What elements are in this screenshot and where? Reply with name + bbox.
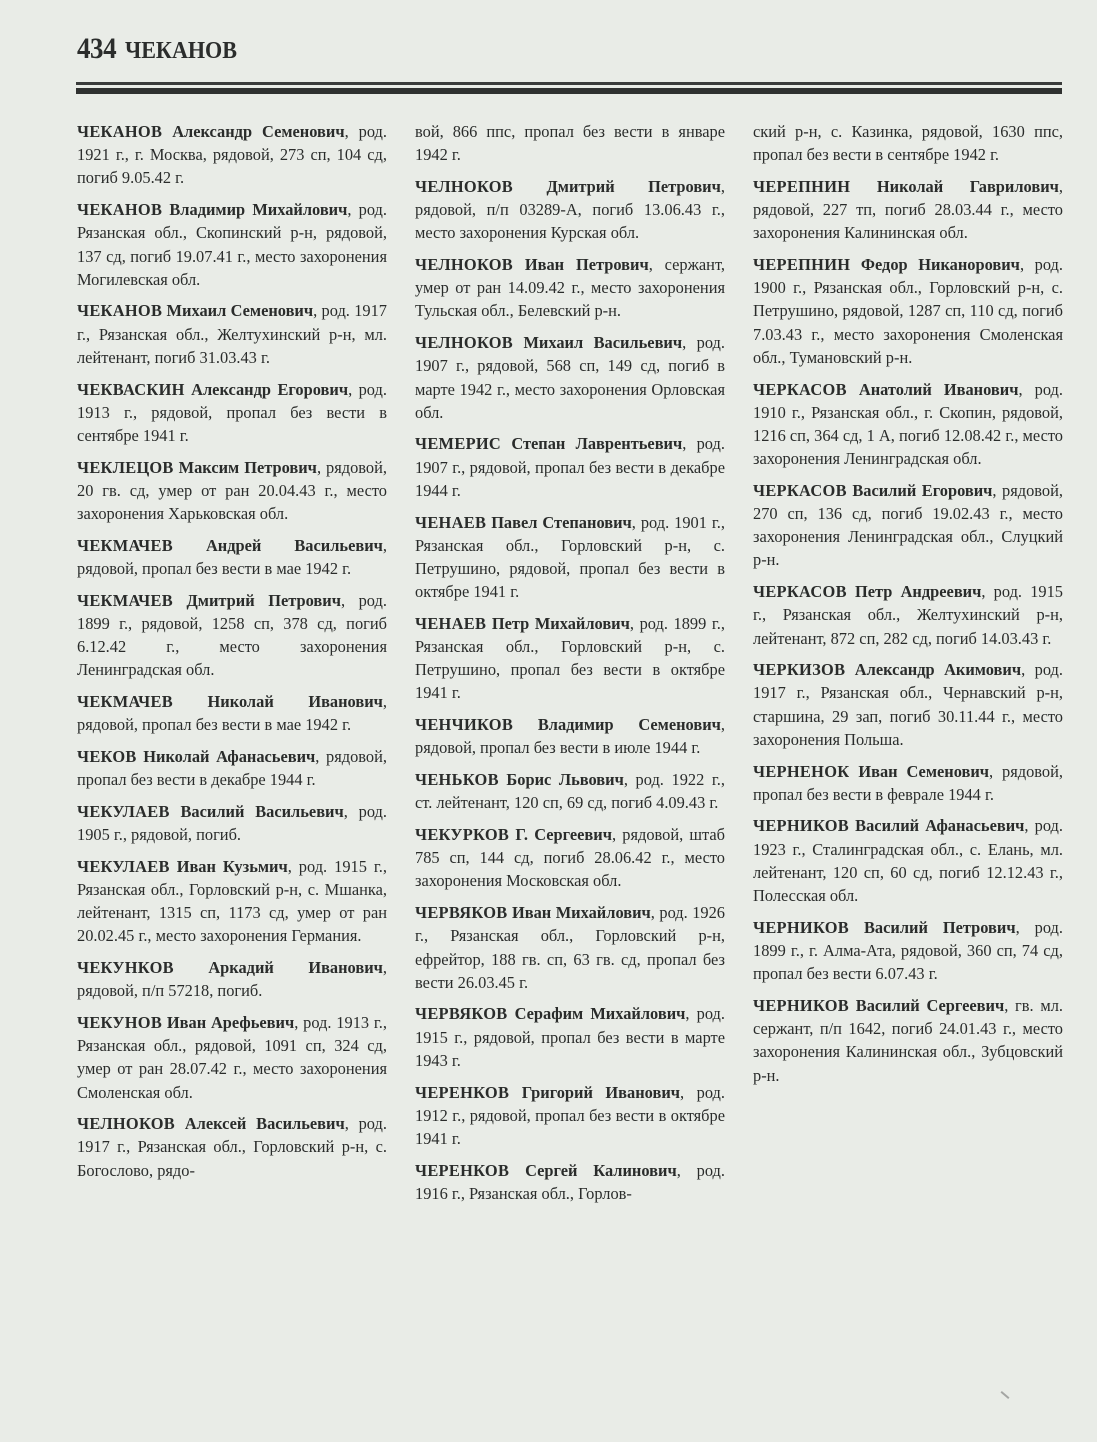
register-entry: ЧЕНЧИКОВ Владимир Семенович, рядовой, пр… <box>415 713 725 759</box>
entry-given-names: Михаил Семенович <box>167 301 314 320</box>
register-entry: ЧЕРЕПНИН Николай Гаврилович, рядовой, 22… <box>753 175 1063 245</box>
scan-mark <box>1001 1391 1010 1399</box>
entry-surname: ЧЕРВЯКОВ <box>415 903 507 922</box>
entry-surname: ЧЕРНИКОВ <box>753 816 849 835</box>
entry-continuation: вой, 866 ппс, пропал без вести в январе … <box>415 120 725 166</box>
text-columns: ЧЕКАНОВ Александр Семенович, род. 1921 г… <box>77 120 1063 1214</box>
entry-given-names: Федор Никанорович <box>861 255 1020 274</box>
header-rule-thin <box>76 82 1062 85</box>
entry-surname: ЧЕМЕРИС <box>415 434 501 453</box>
entry-given-names: Андрей Васильевич <box>206 536 383 555</box>
register-entry: ЧЕРКИЗОВ Александр Акимович, род. 1917 г… <box>753 658 1063 751</box>
entry-surname: ЧЕРЕНКОВ <box>415 1083 509 1102</box>
column-2: вой, 866 ппс, пропал без вести в январе … <box>415 120 725 1214</box>
register-entry: ЧЕРНИКОВ Василий Петрович, род. 1899 г.,… <box>753 916 1063 986</box>
register-entry: ЧЕРКАСОВ Петр Андреевич, род. 1915 г., Р… <box>753 580 1063 650</box>
entry-surname: ЧЕРВЯКОВ <box>415 1004 507 1023</box>
entry-surname: ЧЕРКАСОВ <box>753 380 847 399</box>
register-entry: ЧЕКУРКОВ Г. Сергеевич, рядовой, штаб 785… <box>415 823 725 893</box>
register-entry: ЧЕКУНОВ Иван Арефьевич, род. 1913 г., Ря… <box>77 1011 387 1104</box>
entry-given-names: Г. Сергеевич <box>515 825 612 844</box>
entry-given-names: Василий Васильевич <box>181 802 344 821</box>
register-entry: ЧЕРКАСОВ Анатолий Иванович, род. 1910 г.… <box>753 378 1063 471</box>
entry-continuation: ский р-н, с. Казинка, рядовой, 1630 ппс,… <box>753 120 1063 166</box>
entry-given-names: Владимир Семенович <box>538 715 721 734</box>
entry-surname: ЧЕРНЕНОК <box>753 762 849 781</box>
entry-given-names: Аркадий Иванович <box>208 958 383 977</box>
entry-given-names: Василий Егорович <box>852 481 992 500</box>
register-entry: ЧЕЛНОКОВ Иван Петрович, сержант, умер от… <box>415 253 725 323</box>
entry-given-names: Алексей Васильевич <box>185 1114 345 1133</box>
entry-given-names: Александр Семенович <box>172 122 344 141</box>
register-entry: ЧЕЛНОКОВ Дмитрий Петрович, рядовой, п/п … <box>415 175 725 245</box>
entry-surname: ЧЕКАНОВ <box>77 122 162 141</box>
entry-surname: ЧЕРКИЗОВ <box>753 660 845 679</box>
entry-surname: ЧЕНАЕВ <box>415 614 486 633</box>
register-entry: ЧЕКАНОВ Михаил Семенович, род. 1917 г., … <box>77 299 387 369</box>
entry-given-names: Александр Егорович <box>191 380 348 399</box>
register-entry: ЧЕНЬКОВ Борис Львович, род. 1922 г., ст.… <box>415 768 725 814</box>
entry-surname: ЧЕЛНОКОВ <box>415 255 513 274</box>
entry-given-names: Василий Сергеевич <box>856 996 1004 1015</box>
register-entry: ЧЕКЛЕЦОВ Максим Петрович, рядовой, 20 гв… <box>77 456 387 526</box>
register-entry: ЧЕРНИКОВ Василий Сергеевич, гв. мл. серж… <box>753 994 1063 1087</box>
register-entry: ЧЕКОВ Николай Афанасьевич, рядовой, проп… <box>77 745 387 791</box>
entry-surname: ЧЕКАНОВ <box>77 301 162 320</box>
register-entry: ЧЕЛНОКОВ Алексей Васильевич, род. 1917 г… <box>77 1112 387 1182</box>
entry-given-names: Сергей Калинович <box>525 1161 677 1180</box>
register-entry: ЧЕНАЕВ Павел Степанович, род. 1901 г., Р… <box>415 511 725 604</box>
register-entry: ЧЕРЕПНИН Федор Никанорович, род. 1900 г.… <box>753 253 1063 369</box>
entry-surname: ЧЕРКАСОВ <box>753 582 847 601</box>
entry-given-names: Иван Михайлович <box>512 903 651 922</box>
register-entry: ЧЕЛНОКОВ Михаил Васильевич, род. 1907 г.… <box>415 331 725 424</box>
register-entry: ЧЕКВАСКИН Александр Егорович, род. 1913 … <box>77 378 387 448</box>
entry-given-names: Дмитрий Петрович <box>547 177 721 196</box>
entry-surname: ЧЕКУНКОВ <box>77 958 174 977</box>
entry-given-names: Иван Кузьмич <box>177 857 288 876</box>
entry-given-names: Михаил Васильевич <box>523 333 682 352</box>
register-entry: ЧЕРЕНКОВ Григорий Иванович, род. 1912 г.… <box>415 1081 725 1151</box>
entry-surname: ЧЕКУЛАЕВ <box>77 857 170 876</box>
register-entry: ЧЕНАЕВ Петр Михайлович, род. 1899 г., Ря… <box>415 612 725 705</box>
entry-surname: ЧЕКУРКОВ <box>415 825 509 844</box>
entry-given-names: Иван Арефьевич <box>167 1013 294 1032</box>
register-entry: ЧЕРЕНКОВ Сергей Калинович, род. 1916 г.,… <box>415 1159 725 1205</box>
entry-given-names: Иван Семенович <box>858 762 989 781</box>
register-entry: ЧЕКАНОВ Владимир Михайлович, род. Рязанс… <box>77 198 387 291</box>
entry-given-names: Анатолий Иванович <box>859 380 1019 399</box>
entry-surname: ЧЕКМАЧЕВ <box>77 591 173 610</box>
register-entry: ЧЕРКАСОВ Василий Егорович, рядовой, 270 … <box>753 479 1063 572</box>
entry-surname: ЧЕКАНОВ <box>77 200 162 219</box>
register-entry: ЧЕРВЯКОВ Иван Михайлович, род. 1926 г., … <box>415 901 725 994</box>
entry-given-names: Григорий Иванович <box>522 1083 680 1102</box>
register-entry: ЧЕКАНОВ Александр Семенович, род. 1921 г… <box>77 120 387 190</box>
entry-surname: ЧЕЛНОКОВ <box>415 333 513 352</box>
entry-given-names: Дмитрий Петрович <box>187 591 341 610</box>
entry-surname: ЧЕНЬКОВ <box>415 770 499 789</box>
running-head: ЧЕКАНОВ <box>125 38 237 65</box>
entry-given-names: Николай Афанасьевич <box>143 747 315 766</box>
entry-given-names: Александр Акимович <box>855 660 1021 679</box>
entry-given-names: Серафим Михайлович <box>515 1004 686 1023</box>
entry-given-names: Василий Афанасьевич <box>855 816 1024 835</box>
register-entry: ЧЕРВЯКОВ Серафим Михайлович, род. 1915 г… <box>415 1002 725 1072</box>
entry-surname: ЧЕКМАЧЕВ <box>77 536 173 555</box>
entry-given-names: Степан Лаврентьевич <box>511 434 682 453</box>
entry-surname: ЧЕКВАСКИН <box>77 380 185 399</box>
header-rule-thick <box>76 88 1062 94</box>
register-entry: ЧЕКУЛАЕВ Василий Васильевич, род. 1905 г… <box>77 800 387 846</box>
register-entry: ЧЕМЕРИС Степан Лаврентьевич, род. 1907 г… <box>415 432 725 502</box>
entry-surname: ЧЕНЧИКОВ <box>415 715 513 734</box>
entry-surname: ЧЕКМАЧЕВ <box>77 692 173 711</box>
entry-surname: ЧЕРЕПНИН <box>753 255 850 274</box>
entry-surname: ЧЕКЛЕЦОВ <box>77 458 174 477</box>
register-entry: ЧЕКУЛАЕВ Иван Кузьмич, род. 1915 г., Ряз… <box>77 855 387 948</box>
entry-surname: ЧЕРЕНКОВ <box>415 1161 509 1180</box>
register-entry: ЧЕКУНКОВ Аркадий Иванович, рядовой, п/п … <box>77 956 387 1002</box>
entry-surname: ЧЕРКАСОВ <box>753 481 847 500</box>
entry-given-names: Петр Михайлович <box>492 614 630 633</box>
column-1: ЧЕКАНОВ Александр Семенович, род. 1921 г… <box>77 120 387 1214</box>
entry-given-names: Владимир Михайлович <box>169 200 347 219</box>
register-entry: ЧЕРНИКОВ Василий Афанасьевич, род. 1923 … <box>753 814 1063 907</box>
entry-given-names: Иван Петрович <box>525 255 649 274</box>
entry-given-names: Петр Андреевич <box>855 582 981 601</box>
entry-given-names: Павел Степанович <box>491 513 632 532</box>
register-entry: ЧЕКМАЧЕВ Николай Иванович, рядовой, проп… <box>77 690 387 736</box>
entry-surname: ЧЕЛНОКОВ <box>77 1114 175 1133</box>
entry-surname: ЧЕРНИКОВ <box>753 996 849 1015</box>
entry-given-names: Николай Иванович <box>208 692 383 711</box>
entry-surname: ЧЕКОВ <box>77 747 137 766</box>
register-entry: ЧЕКМАЧЕВ Дмитрий Петрович, род. 1899 г.,… <box>77 589 387 682</box>
entry-surname: ЧЕНАЕВ <box>415 513 486 532</box>
column-3: ский р-н, с. Казинка, рядовой, 1630 ппс,… <box>753 120 1063 1214</box>
register-entry: ЧЕКМАЧЕВ Андрей Васильевич, рядовой, про… <box>77 534 387 580</box>
entry-given-names: Василий Петрович <box>864 918 1016 937</box>
entry-surname: ЧЕКУНОВ <box>77 1013 162 1032</box>
entry-given-names: Борис Львович <box>506 770 623 789</box>
entry-given-names: Николай Гаврилович <box>877 177 1059 196</box>
entry-surname: ЧЕЛНОКОВ <box>415 177 513 196</box>
register-entry: ЧЕРНЕНОК Иван Семенович, рядовой, пропал… <box>753 760 1063 806</box>
page-number: 434 <box>77 32 116 66</box>
entry-surname: ЧЕРЕПНИН <box>753 177 850 196</box>
entry-surname: ЧЕРНИКОВ <box>753 918 849 937</box>
page-header: 434 ЧЕКАНОВ <box>77 32 246 66</box>
entry-given-names: Максим Петрович <box>179 458 317 477</box>
entry-surname: ЧЕКУЛАЕВ <box>77 802 170 821</box>
